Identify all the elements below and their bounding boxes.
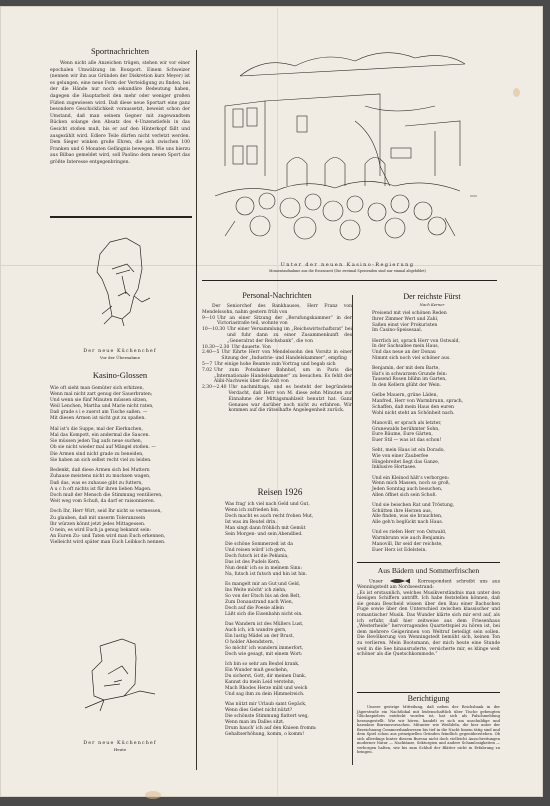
section-divider <box>50 216 192 218</box>
glossen-title: Kasino-Glossen <box>50 370 190 380</box>
schedule-time: 2.30—2.40 <box>202 385 229 414</box>
poem-stanza: Preisend mit viel schönen RedenIhrer Zim… <box>372 311 502 334</box>
sport-body: Wenn nicht alle Anzeichen trügen, stehen… <box>50 61 190 167</box>
baeder-title: Aus Bädern und Sommerfrischen <box>357 566 500 576</box>
schedule-text: Uhr zum Potsdamer Bahnhof, um in Paris d… <box>214 368 352 385</box>
column-divider <box>352 295 353 765</box>
schedule-entry: 9—10Uhr an einer Sitzung der „Berufungsk… <box>202 316 352 328</box>
poem-line: Doch wie gesagt, mit einem Wort: <box>225 652 355 658</box>
poem-line: Im Casino-Speisesaal. <box>372 328 502 334</box>
poem-stanza: Mal ist's die Suppe, mal der Eierkuchen,… <box>50 427 190 464</box>
poem-stanza: Doch Ihr, Herr Wirt, seid Ihr nicht so v… <box>50 509 190 546</box>
poem-stanza: Manovill, er sprach als letzter,Grunewal… <box>372 421 502 444</box>
section-divider <box>202 280 497 281</box>
aus-baedern-article: Aus Bädern und Sommerfrischen Unser Korr… <box>357 566 500 658</box>
poem-stanza: Ich bin so sehr am Beutel krank,Ein Wund… <box>225 662 355 697</box>
chef-now-subcaption: Heute <box>50 747 190 753</box>
schedule-entry: 7.02Uhr zum Potsdamer Bahnhof, um in Par… <box>202 368 352 385</box>
schedule-time: 9—10 <box>202 316 217 328</box>
berichtigung-title: Berichtigung <box>357 694 500 704</box>
reichste-fuerst-poem: Der reichste Fürst Nach Kerner Preisend … <box>372 292 502 558</box>
reisen-title: Reisen 1926 <box>205 487 355 498</box>
poem-stanza: Bedenkt, daß diese Armen sich bei Mutter… <box>50 468 190 505</box>
poem-stanza: Wie oft sieht man Gemüter sich erhitzen,… <box>50 386 190 423</box>
poem-stanza: Was frag' ich viel nach Geld und Gut,Wen… <box>225 502 355 537</box>
chef-before-subcaption: Vor der Übernahme <box>50 355 190 361</box>
poem-line: Allen öffnet sich sein Schoß. <box>372 493 502 499</box>
schedule-entry: 10—10.30Uhr einer Versammlung im „Reichs… <box>202 327 352 344</box>
kasino-building-icon <box>205 46 490 246</box>
chef-portrait-icon <box>82 234 152 329</box>
paper-stain <box>513 88 520 97</box>
poem-line: Euer Stil — was ist das schon! <box>372 438 502 444</box>
sport-title: Sportnachrichten <box>50 46 190 56</box>
baeder-lead: Unser Korrespondent schreibt uns aus Wen… <box>357 578 500 591</box>
poem-line: Mit diesen Armen ist nicht gut zu spaßen… <box>50 416 190 422</box>
poem-line: Vielleicht wird später man Euch Leibkoch… <box>50 540 190 546</box>
column-divider <box>196 50 197 770</box>
reisen-poem: Reisen 1926 Was frag' ich viel nach Geld… <box>225 487 355 742</box>
berichtigung-article: Berichtigung Unsere gestrige Mitteilung,… <box>357 694 500 755</box>
schedule-entry: 2.40—5Uhr führte Herr von Mendelssohn de… <box>202 350 352 362</box>
baeder-lead-start: Unser <box>369 580 383 585</box>
schedule-text: Uhr einer Versammlung im „Reichswirtscha… <box>227 327 352 344</box>
fuerst-subtitle: Nach Kerner <box>362 302 502 308</box>
chef-now-sketch <box>80 636 160 714</box>
kasino-illustration <box>205 46 490 246</box>
poem-line: In den Kellern glüht der Wein. <box>372 383 502 389</box>
schedule-entry: 2.30—2.40Uhr nachmittags, und es besteht… <box>202 385 352 414</box>
chef-portrait-icon <box>80 636 160 714</box>
newspaper-page: Sportnachrichten Wenn nicht alle Anzeich… <box>0 6 543 797</box>
poem-stanza: Und es riefen Herr von Ostwald,Warmbrunn… <box>372 530 502 553</box>
paper-stain <box>145 791 161 799</box>
schedule-text: Uhr nachmittags, und es besteht der begr… <box>229 385 352 414</box>
berichtigung-body: Unsere gestrige Mitteilung, daß neben de… <box>357 705 500 755</box>
poem-stanza: Seht, mein Haus ist ein Dorado,Wie von e… <box>372 448 502 471</box>
personal-title: Personal-Nachrichten <box>202 291 352 301</box>
poem-stanza: Es mangelt mir an Gut und Geld,Ins Weite… <box>225 582 355 617</box>
poem-stanza: Die schöne Sommerzeit ist daUnd reisen w… <box>225 542 355 577</box>
poem-line: Inklusive Hortasee. <box>372 465 502 471</box>
poem-line: Weit weg vom Schuß, da darf er raisonnie… <box>50 499 190 505</box>
schedule-time: 10—10.30 <box>202 327 227 344</box>
poem-stanza: Herrlich ist, sprach Herr von Ostwald,In… <box>372 339 502 362</box>
schedule-time: 7.02 <box>202 368 214 385</box>
poem-stanza: Gelbe Mauern, grüne Läden,Manfred, Herr … <box>372 393 502 416</box>
sport-article: Sportnachrichten Wenn nicht alle Anzeich… <box>50 46 190 167</box>
section-divider <box>357 692 500 693</box>
illustration-caption-block: Unter der neuen Kasino-Regierung Momenta… <box>205 262 490 274</box>
poem-stanza: Benjamin, der mit dem Barte,Hat's in sch… <box>372 366 502 389</box>
personal-nachrichten: Personal-Nachrichten Der Seniorchef des … <box>202 291 352 414</box>
poem-line: Sein Morgen- und sein Abendlied. <box>225 532 355 538</box>
poem-stanza: Das Wandern ist des Müllers Lust,Auch ic… <box>225 622 355 657</box>
poem-line: Nimmt sich noch viel schöner aus. <box>372 356 502 362</box>
fuerst-title: Der reichste Fürst <box>362 292 502 302</box>
chef-before-sketch <box>82 234 152 329</box>
poem-line: Euer Herz ist Edelstein. <box>372 548 502 554</box>
schedule-time: 2.40—5 <box>202 350 221 362</box>
poem-line: Na, futsch ist futsch und hin ist hin. <box>225 572 355 578</box>
poem-line: Wohl nicht steht an Schönheit nach. <box>372 411 502 417</box>
poem-stanza: Was nützt mir Urlaub samt Gepäck,Wenn di… <box>225 702 355 737</box>
fish-icon <box>389 578 411 584</box>
illustration-subcaption: Momentaufnahme aus die Essenszeit (Die z… <box>205 268 490 274</box>
kasino-glossen-poem: Kasino-Glossen Wie oft sieht man Gemüter… <box>50 370 190 551</box>
poem-line: Und sag ihm zu dein Himmelreich. <box>225 692 355 698</box>
poem-line: Sie haben an sich selbst recht viel zu l… <box>50 458 190 464</box>
poem-line: Läßt sich die Eisenbahn nicht ein. <box>225 612 355 618</box>
poem-stanza: Und sie beischen Rat und Tröstung,Schütt… <box>372 503 502 526</box>
section-divider <box>357 562 500 563</box>
schedule-text: Uhr an einer Sitzung der „Berufungskamme… <box>217 316 352 328</box>
chef-before-caption-block: Der neue Küchenchef Vor der Übernahme <box>50 349 190 361</box>
poem-stanza: Und ein Kleinod hält's verborgen:Wenn mi… <box>372 476 502 499</box>
chef-now-caption-block: Der neue Küchenchef Heute <box>50 741 190 753</box>
baeder-body: „Es ist erstaunlich, welches Musikverstä… <box>357 591 500 658</box>
poem-line: Alle geh'n beglückt nach Haus. <box>372 520 502 526</box>
schedule-text: Uhr führte Herr von Mendelssohn den Vors… <box>221 350 352 362</box>
poem-line: Gehaltserhöhung, komm, o komm! <box>225 732 355 738</box>
personal-intro: Der Seniorchef des Bankhauses, Herr Fran… <box>202 304 352 316</box>
